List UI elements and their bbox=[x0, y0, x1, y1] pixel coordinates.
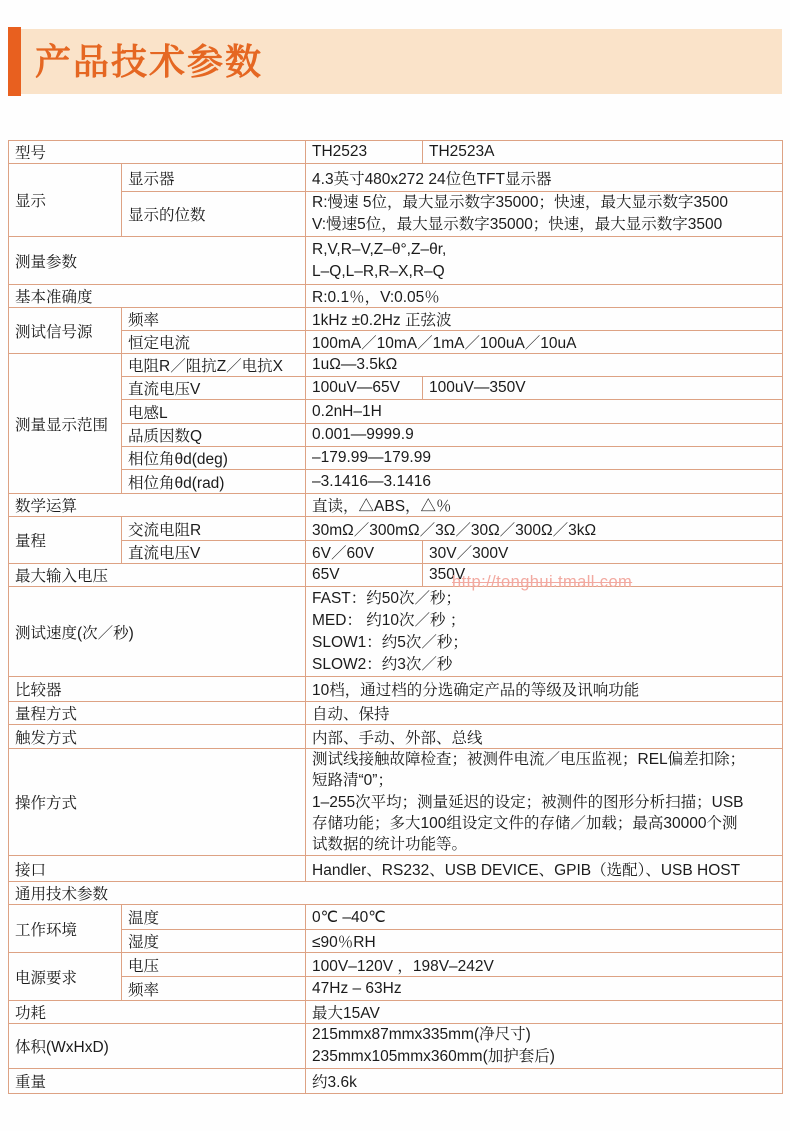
value-text: 10档，通过档的分选确定产品的等级及讯响功能 bbox=[312, 682, 639, 699]
value-cell-th2523a: 100uV—350V bbox=[423, 377, 783, 400]
group-environment: 工作环境 bbox=[9, 905, 122, 953]
value-cell: 内部、手动、外部、总线 bbox=[306, 725, 783, 749]
label-text: 测量参数 bbox=[15, 254, 77, 271]
table-row: 直流电压V 6V／60V 30V／300V bbox=[9, 541, 783, 564]
value-text: 0.2nH–1H bbox=[312, 403, 382, 420]
label-text: 比较器 bbox=[15, 682, 62, 699]
table-row: 触发方式 内部、手动、外部、总线 bbox=[9, 725, 783, 749]
value-cell: 约3.6k bbox=[306, 1069, 783, 1094]
value-text: ≤90％RH bbox=[312, 934, 376, 951]
value-text: TH2523 bbox=[312, 143, 367, 160]
row-label: 数学运算 bbox=[9, 494, 306, 517]
row-label: 测试速度(次／秒) bbox=[9, 587, 306, 677]
value-cell: 0℃ –40℃ bbox=[306, 905, 783, 930]
value-text: 100mA／10mA／1mA／100uA／10uA bbox=[312, 335, 577, 352]
value-cell-th2523: 65V bbox=[306, 564, 423, 587]
table-row: 品质因数Q 0.001—9999.9 bbox=[9, 424, 783, 447]
value-text: 直读，△ABS，△％ bbox=[312, 498, 452, 515]
table-row: 通用技术参数 bbox=[9, 882, 783, 905]
value-line: R,V,R–V,Z–θ°,Z–θr, bbox=[312, 239, 778, 261]
sub-label: 相位角θd(rad) bbox=[122, 470, 306, 494]
sub-label: 电压 bbox=[122, 953, 306, 977]
row-label: 型号 bbox=[9, 141, 306, 164]
sub-label: 温度 bbox=[122, 905, 306, 930]
group-display: 显示 bbox=[9, 164, 122, 237]
value-cell: –179.99—179.99 bbox=[306, 447, 783, 470]
sub-label: 频率 bbox=[122, 308, 306, 331]
value-text: 0℃ –40℃ bbox=[312, 909, 386, 926]
page-title: 产品技术参数 bbox=[35, 38, 263, 86]
row-label: 测量参数 bbox=[9, 237, 306, 285]
value-text: 1kHz ±0.2Hz 正弦波 bbox=[312, 312, 451, 329]
label-text: 恒定电流 bbox=[128, 335, 190, 352]
label-text: 相位角θd(deg) bbox=[128, 451, 228, 468]
sub-label: 交流电阻R bbox=[122, 517, 306, 541]
value-cell-th2523: 100uV—65V bbox=[306, 377, 423, 400]
group-text: 测试信号源 bbox=[15, 324, 93, 341]
label-text: 体积(WxHxD) bbox=[15, 1039, 109, 1056]
label-text: 电阻R／阻抗Z／电抗X bbox=[128, 358, 283, 375]
label-text: 量程方式 bbox=[15, 706, 77, 723]
value-text: –179.99—179.99 bbox=[312, 449, 431, 466]
table-row: 量程 交流电阻R 30mΩ／300mΩ／3Ω／30Ω／300Ω／3kΩ bbox=[9, 517, 783, 541]
table-row: 量程方式 自动、保持 bbox=[9, 702, 783, 725]
value-cell: 100mA／10mA／1mA／100uA／10uA bbox=[306, 331, 783, 354]
value-cell: 直读，△ABS，△％ bbox=[306, 494, 783, 517]
value-cell: ≤90％RH bbox=[306, 930, 783, 953]
value-line: L–Q,L–R,R–X,R–Q bbox=[312, 261, 778, 283]
table-row: 工作环境 温度 0℃ –40℃ bbox=[9, 905, 783, 930]
table-row: 最大输入电压 65V 350V bbox=[9, 564, 783, 587]
group-display-range: 测量显示范围 bbox=[9, 354, 122, 494]
value-cell: 10档，通过档的分选确定产品的等级及讯响功能 bbox=[306, 677, 783, 702]
value-cell-th2523: 6V／60V bbox=[306, 541, 423, 564]
section-text: 通用技术参数 bbox=[15, 886, 108, 903]
value-cell: 4.3英寸480x272 24位色TFT显示器 bbox=[306, 164, 783, 192]
value-line: 测试线接触故障检查；被测件电流／电压监视；REL偏差扣除； bbox=[312, 749, 778, 770]
row-label: 操作方式 bbox=[9, 749, 306, 856]
group-range: 量程 bbox=[9, 517, 122, 564]
sub-label: 显示的位数 bbox=[122, 192, 306, 237]
group-power: 电源要求 bbox=[9, 953, 122, 1001]
value-cell: 30mΩ／300mΩ／3Ω／30Ω／300Ω／3kΩ bbox=[306, 517, 783, 541]
value-text: 30mΩ／300mΩ／3Ω／30Ω／300Ω／3kΩ bbox=[312, 522, 596, 539]
value-cell: R:0.1％，V:0.05％ bbox=[306, 285, 783, 308]
value-line: 短路清“0”； bbox=[312, 770, 778, 791]
label-text: 交流电阻R bbox=[128, 522, 201, 539]
sub-label: 电阻R／阻抗Z／电抗X bbox=[122, 354, 306, 377]
table-row: 功耗 最大15AV bbox=[9, 1001, 783, 1024]
value-text: 约3.6k bbox=[312, 1074, 357, 1091]
value-cell: 215mmx87mmx335mm(净尺寸) 235mmx105mmx360mm(… bbox=[306, 1024, 783, 1069]
value-text: 47Hz – 63Hz bbox=[312, 980, 402, 997]
table-row: 测试速度(次／秒) FAST：约50次／秒； MED： 约10次／秒 ； SLO… bbox=[9, 587, 783, 677]
value-cell: 1uΩ—3.5kΩ bbox=[306, 354, 783, 377]
value-text: 100uV—65V bbox=[312, 379, 400, 396]
group-text: 电源要求 bbox=[15, 970, 77, 987]
row-label: 最大输入电压 bbox=[9, 564, 306, 587]
label-text: 频率 bbox=[128, 312, 159, 329]
table-row: 测量显示范围 电阻R／阻抗Z／电抗X 1uΩ—3.5kΩ bbox=[9, 354, 783, 377]
group-text: 测量显示范围 bbox=[15, 417, 108, 434]
sub-label: 相位角θd(deg) bbox=[122, 447, 306, 470]
group-text: 工作环境 bbox=[15, 922, 77, 939]
group-signal-source: 测试信号源 bbox=[9, 308, 122, 354]
table-row: 直流电压V 100uV—65V 100uV—350V bbox=[9, 377, 783, 400]
label-text: 品质因数Q bbox=[128, 428, 202, 445]
label-text: 直流电压V bbox=[128, 381, 200, 398]
value-text: 1uΩ—3.5kΩ bbox=[312, 356, 397, 373]
value-text: 自动、保持 bbox=[312, 706, 390, 723]
value-line: FAST：约50次／秒； bbox=[312, 588, 778, 610]
label-text: 功耗 bbox=[15, 1005, 46, 1022]
row-label: 功耗 bbox=[9, 1001, 306, 1024]
label-text: 相位角θd(rad) bbox=[128, 475, 224, 492]
label-text: 电压 bbox=[128, 958, 159, 975]
sub-label: 品质因数Q bbox=[122, 424, 306, 447]
value-text: 4.3英寸480x272 24位色TFT显示器 bbox=[312, 171, 551, 188]
value-cell: 自动、保持 bbox=[306, 702, 783, 725]
label-text: 接口 bbox=[15, 862, 46, 879]
table-row: 显示 显示器 4.3英寸480x272 24位色TFT显示器 bbox=[9, 164, 783, 192]
label-text: 直流电压V bbox=[128, 545, 200, 562]
label-text: 最大输入电压 bbox=[15, 568, 108, 585]
value-cell: Handler、RS232、USB DEVICE、GPIB（选配）、USB HO… bbox=[306, 856, 783, 882]
label-text: 电感L bbox=[128, 405, 168, 422]
row-label: 体积(WxHxD) bbox=[9, 1024, 306, 1069]
value-text: 6V／60V bbox=[312, 545, 374, 562]
value-line: MED： 约10次／秒 ； bbox=[312, 610, 778, 632]
value-line: R:慢速 5位，最大显示数字35000；快速，最大显示数字3500 bbox=[312, 192, 778, 214]
sub-label: 湿度 bbox=[122, 930, 306, 953]
table-row: 电感L 0.2nH–1H bbox=[9, 400, 783, 424]
sub-label: 显示器 bbox=[122, 164, 306, 192]
value-text: 350V bbox=[429, 566, 465, 583]
label-text: 基本准确度 bbox=[15, 289, 93, 306]
spec-page: 产品技术参数 http://tonghui.tmall.com 型号 TH252… bbox=[0, 0, 790, 1131]
value-line: 235mmx105mmx360mm(加护套后) bbox=[312, 1046, 778, 1068]
spec-table: 型号 TH2523 TH2523A 显示 显示器 4.3英寸480x272 24… bbox=[8, 140, 783, 1094]
label-text: 湿度 bbox=[128, 934, 159, 951]
value-text: Handler、RS232、USB DEVICE、GPIB（选配）、USB HO… bbox=[312, 862, 740, 879]
table-row: 频率 47Hz – 63Hz bbox=[9, 977, 783, 1001]
label-text: 操作方式 bbox=[15, 795, 77, 812]
value-text: 100V–120V ，198V–242V bbox=[312, 958, 494, 975]
model-th2523-cell: TH2523 bbox=[306, 141, 423, 164]
title-accent-bar bbox=[8, 27, 21, 96]
table-row: 接口 Handler、RS232、USB DEVICE、GPIB（选配）、USB… bbox=[9, 856, 783, 882]
table-row: 基本准确度 R:0.1％，V:0.05％ bbox=[9, 285, 783, 308]
sub-label: 恒定电流 bbox=[122, 331, 306, 354]
value-cell: 0.001—9999.9 bbox=[306, 424, 783, 447]
table-row: 湿度 ≤90％RH bbox=[9, 930, 783, 953]
value-cell: R,V,R–V,Z–θ°,Z–θr, L–Q,L–R,R–X,R–Q bbox=[306, 237, 783, 285]
value-cell-th2523a: 30V／300V bbox=[423, 541, 783, 564]
value-cell: R:慢速 5位，最大显示数字35000；快速，最大显示数字3500 V:慢速5位… bbox=[306, 192, 783, 237]
label-text: 温度 bbox=[128, 910, 159, 927]
value-text: 30V／300V bbox=[429, 545, 508, 562]
label-text: 重量 bbox=[15, 1074, 46, 1091]
sub-label: 频率 bbox=[122, 977, 306, 1001]
value-cell: 0.2nH–1H bbox=[306, 400, 783, 424]
value-cell: 最大15AV bbox=[306, 1001, 783, 1024]
row-label: 接口 bbox=[9, 856, 306, 882]
label-text: 测试速度(次／秒) bbox=[15, 625, 134, 642]
model-th2523a-cell: TH2523A bbox=[423, 141, 783, 164]
value-text: 0.001—9999.9 bbox=[312, 426, 414, 443]
value-cell: 100V–120V ，198V–242V bbox=[306, 953, 783, 977]
sub-label: 直流电压V bbox=[122, 541, 306, 564]
table-row: 比较器 10档，通过档的分选确定产品的等级及讯响功能 bbox=[9, 677, 783, 702]
value-text: –3.1416—3.1416 bbox=[312, 473, 431, 490]
label-text: 显示器 bbox=[128, 171, 175, 188]
table-row: 相位角θd(deg) –179.99—179.99 bbox=[9, 447, 783, 470]
group-text: 量程 bbox=[15, 533, 46, 550]
value-cell-th2523a: 350V bbox=[423, 564, 783, 587]
table-row: 相位角θd(rad) –3.1416—3.1416 bbox=[9, 470, 783, 494]
value-cell: FAST：约50次／秒； MED： 约10次／秒 ； SLOW1：约5次／秒； … bbox=[306, 587, 783, 677]
value-cell: 1kHz ±0.2Hz 正弦波 bbox=[306, 308, 783, 331]
value-cell: 测试线接触故障检查；被测件电流／电压监视；REL偏差扣除； 短路清“0”； 1–… bbox=[306, 749, 783, 856]
value-line: 存储功能；多大100组设定文件的存储／加载；最高30000个测 bbox=[312, 813, 778, 834]
label-text: 频率 bbox=[128, 982, 159, 999]
value-line: 试数据的统计功能等。 bbox=[312, 834, 778, 855]
value-text: 内部、手动、外部、总线 bbox=[312, 730, 483, 747]
label-text: 型号 bbox=[15, 145, 46, 162]
table-row: 测量参数 R,V,R–V,Z–θ°,Z–θr, L–Q,L–R,R–X,R–Q bbox=[9, 237, 783, 285]
value-cell: 47Hz – 63Hz bbox=[306, 977, 783, 1001]
table-row: 恒定电流 100mA／10mA／1mA／100uA／10uA bbox=[9, 331, 783, 354]
value-text: R:0.1％，V:0.05％ bbox=[312, 289, 440, 306]
section-header-general: 通用技术参数 bbox=[9, 882, 783, 905]
table-row: 数学运算 直读，△ABS，△％ bbox=[9, 494, 783, 517]
table-row: 操作方式 测试线接触故障检查；被测件电流／电压监视；REL偏差扣除； 短路清“0… bbox=[9, 749, 783, 856]
row-label: 比较器 bbox=[9, 677, 306, 702]
sub-label: 直流电压V bbox=[122, 377, 306, 400]
label-text: 触发方式 bbox=[15, 730, 77, 747]
table-row: 电源要求 电压 100V–120V ，198V–242V bbox=[9, 953, 783, 977]
table-row: 测试信号源 频率 1kHz ±0.2Hz 正弦波 bbox=[9, 308, 783, 331]
value-line: SLOW2：约3次／秒 bbox=[312, 654, 778, 676]
group-text: 显示 bbox=[15, 193, 46, 210]
row-label: 量程方式 bbox=[9, 702, 306, 725]
value-text: 最大15AV bbox=[312, 1005, 380, 1022]
value-text: 100uV—350V bbox=[429, 379, 526, 396]
table-row: 型号 TH2523 TH2523A bbox=[9, 141, 783, 164]
value-line: SLOW1：约5次／秒； bbox=[312, 632, 778, 654]
table-row: 体积(WxHxD) 215mmx87mmx335mm(净尺寸) 235mmx10… bbox=[9, 1024, 783, 1069]
label-text: 显示的位数 bbox=[128, 207, 206, 224]
value-line: 1–255次平均；测量延迟的设定；被测件的图形分析扫描；USB bbox=[312, 792, 778, 813]
value-line: V:慢速5位，最大显示数字35000；快速，最大显示数字3500 bbox=[312, 214, 778, 236]
label-text: 数学运算 bbox=[15, 498, 77, 515]
row-label: 重量 bbox=[9, 1069, 306, 1094]
value-cell: –3.1416—3.1416 bbox=[306, 470, 783, 494]
sub-label: 电感L bbox=[122, 400, 306, 424]
table-row: 显示的位数 R:慢速 5位，最大显示数字35000；快速，最大显示数字3500 … bbox=[9, 192, 783, 237]
table-row: 重量 约3.6k bbox=[9, 1069, 783, 1094]
row-label: 触发方式 bbox=[9, 725, 306, 749]
value-text: 65V bbox=[312, 566, 340, 583]
value-line: 215mmx87mmx335mm(净尺寸) bbox=[312, 1024, 778, 1046]
row-label: 基本准确度 bbox=[9, 285, 306, 308]
value-text: TH2523A bbox=[429, 143, 494, 160]
